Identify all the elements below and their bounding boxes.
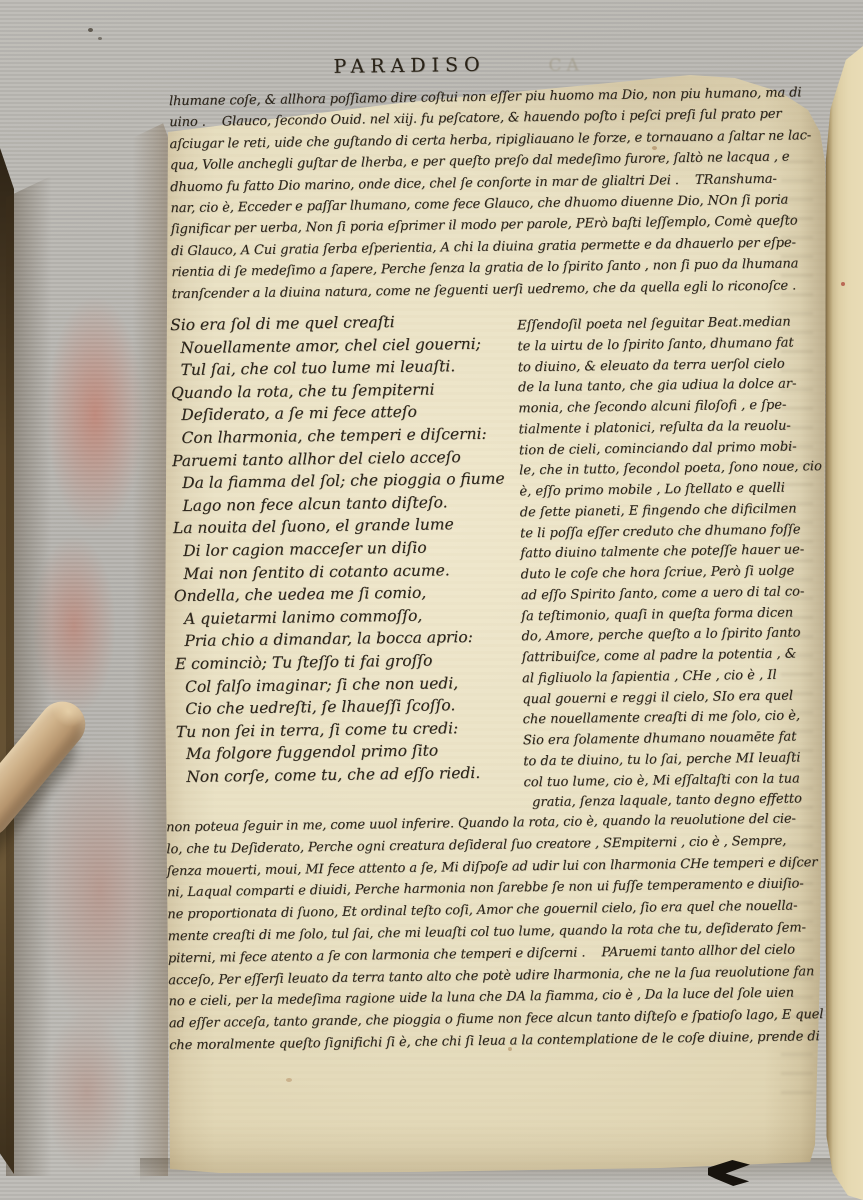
book-photo-scene: PARADISO CA lhumane coſe, & allhora poſſ… — [0, 0, 863, 1200]
page-content: PARADISO CA lhumane coſe, & allhora poſſ… — [0, 0, 863, 1200]
text-line: Tul ſai, che col tuo lume mi leuaſti. — [171, 355, 501, 382]
text-line: La nouita del ſuono, el grande lume — [173, 513, 503, 540]
text-line: ſattribuiſce, come al padre la potentia … — [522, 644, 822, 669]
verse-column: Sio era ſol di me quel creaſti Nouellame… — [170, 310, 507, 789]
intro-commentary-paragraph: lhumane coſe, & allhora poſſiamo dire co… — [169, 82, 822, 305]
footer-commentary-paragraph: non poteua ſeguir in me, come uuol infer… — [166, 808, 829, 1057]
commentary-column: Eſſendoſil poeta nel ſeguitar Beat.media… — [517, 312, 824, 814]
text-line: Col falſo imaginar; ſi che non uedi, — [175, 671, 505, 698]
text-line: Pria chio a dimandar, la bocca aprio: — [174, 626, 504, 653]
page-title: PARADISO — [333, 54, 485, 78]
show-through-header: CA — [548, 55, 584, 75]
text-line: Da la fiamma del ſol; che pioggia o fium… — [172, 468, 502, 495]
text-line: Non corſe, come tu, che ad eſſo riedi. — [176, 761, 506, 788]
